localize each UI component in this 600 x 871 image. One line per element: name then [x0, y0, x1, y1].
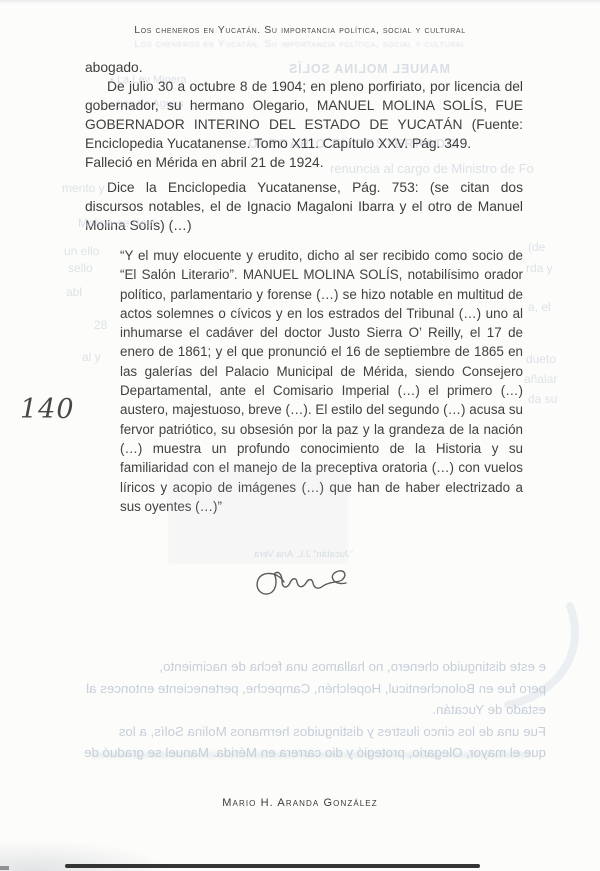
paragraph-encyclopedia: Dice la Enciclopedia Yucatanense, Pág. 7…	[85, 178, 523, 235]
death-date-line: Falleció en Mérida en abril 21 de 1924.	[85, 153, 523, 172]
signature-icon	[248, 566, 358, 612]
ghost-fragment: dueto	[526, 352, 556, 366]
page-number: 140	[20, 394, 75, 425]
signature-flourish	[248, 566, 358, 617]
scan-artifact-bar	[65, 864, 480, 868]
running-header: Los cheneros en Yucatán. Su importancia …	[0, 24, 600, 36]
ghost-paragraph-line: estado de Yucatán.	[60, 699, 546, 721]
ghost-fragment: rda y	[526, 261, 553, 275]
ghost-fragment: añalar	[524, 372, 557, 386]
ghost-fragment: abl	[66, 285, 82, 299]
ghost-paragraph-line: pero fue en Bolonchenticul, Hopelchén, C…	[60, 678, 546, 700]
body-text-column: abogado. De julio 30 a octubre 8 de 1904…	[85, 58, 523, 516]
paragraph-continuation: abogado.	[85, 58, 523, 77]
running-header-ghost: Los cheneros en Yucatán. Su importancia …	[0, 38, 600, 50]
scan-artifact-dot	[0, 866, 9, 870]
ghost-soft-bar	[92, 752, 530, 758]
footer-author: Mario H. Aranda González	[0, 797, 600, 809]
ghost-fragment: da su	[528, 392, 557, 406]
ghost-paragraph-line: e este distinguido chenero, no hallamos …	[60, 656, 546, 678]
ghost-fragment: (de	[528, 240, 545, 254]
ghost-paragraph-mirrored: e este distinguido chenero, no hallamos …	[60, 656, 546, 764]
ghost-fragment: a, el	[528, 300, 551, 314]
scanned-page: Los cheneros en Yucatán. Su importancia …	[0, 0, 600, 871]
ghost-paragraph-line: Fue una de los cinco ilustres y distingu…	[60, 721, 546, 743]
ghost-swirl-icon	[500, 600, 600, 715]
paragraph-governor: De julio 30 a octubre 8 de 1904; en plen…	[85, 77, 523, 153]
ghost-stamp-box	[168, 466, 348, 564]
